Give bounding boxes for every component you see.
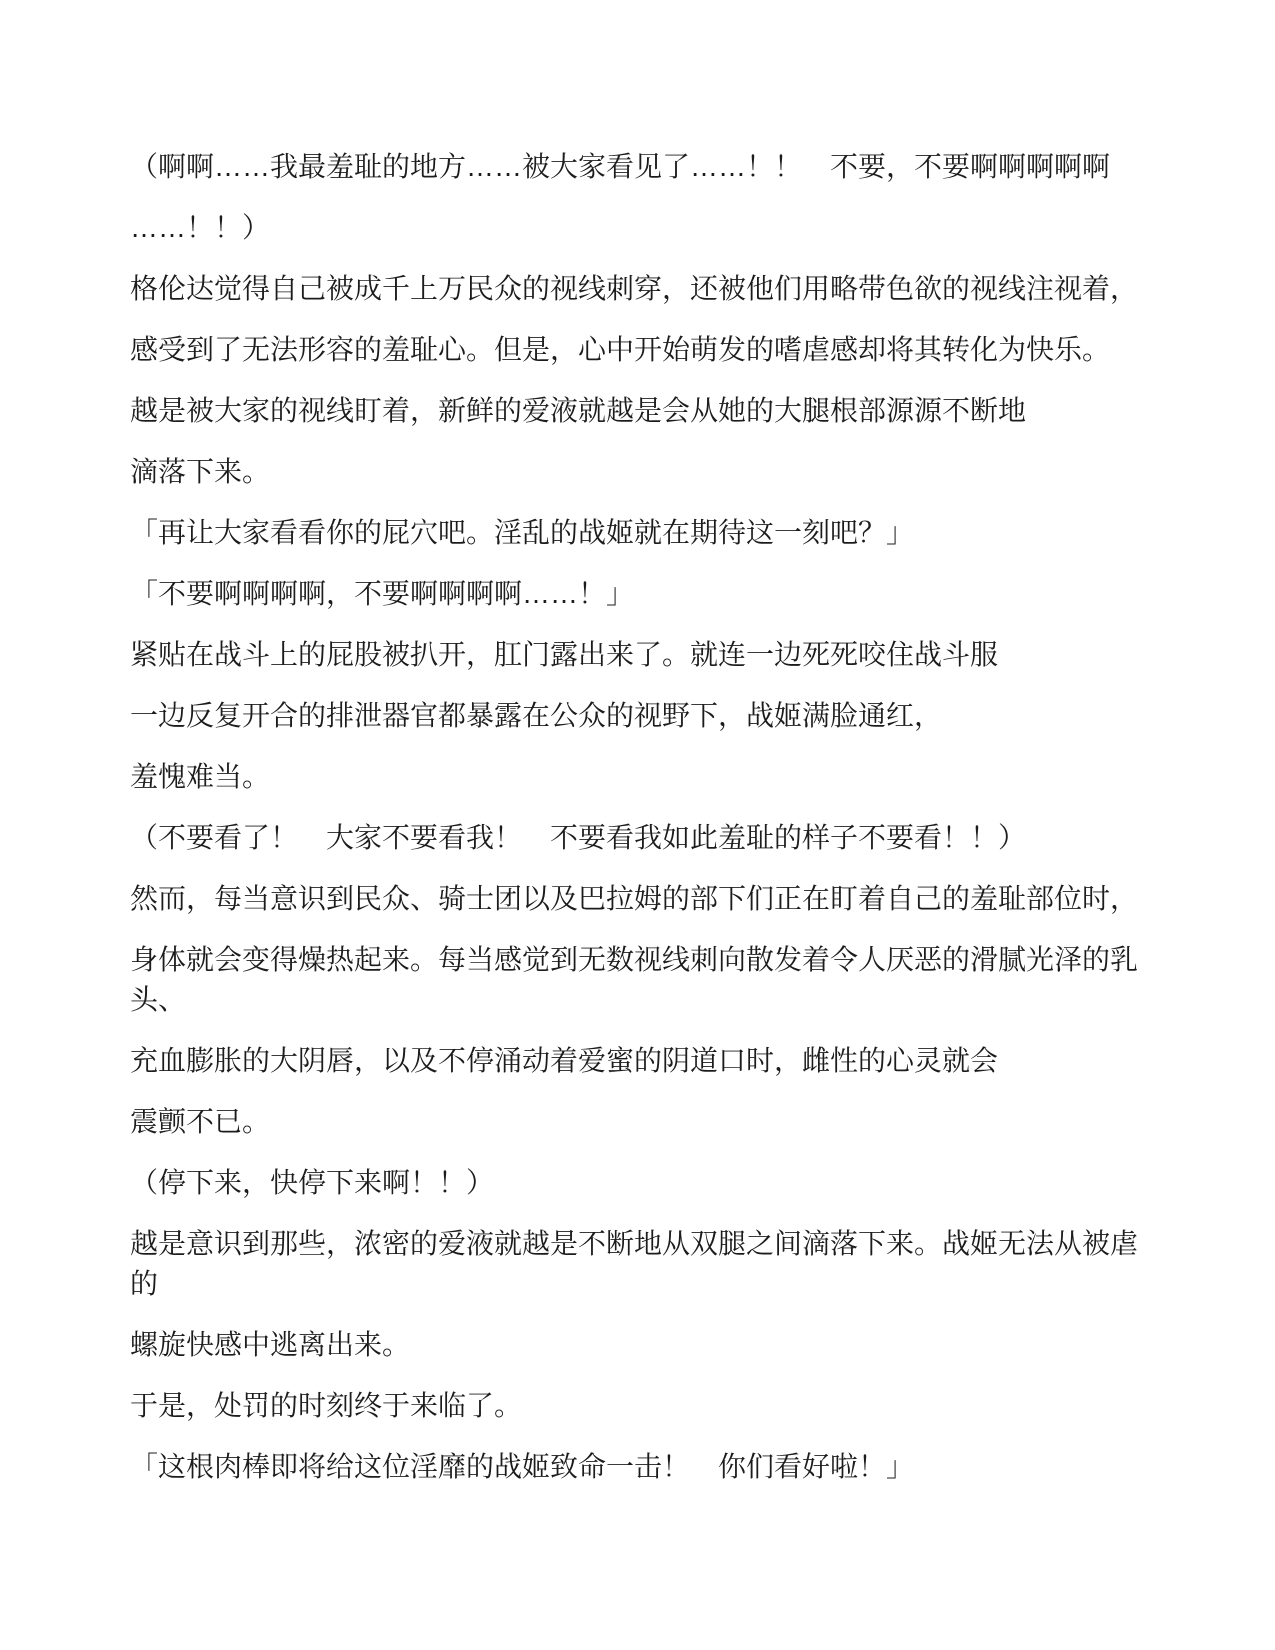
paragraph: 越是意识到那些，浓密的爱液就越是不断地从双腿之间滴落下来。战姬无法从被虐的 [130, 1224, 1150, 1304]
paragraph: （停下来，快停下来啊！！） [130, 1163, 1150, 1203]
paragraph: ……！！） [130, 208, 1150, 248]
paragraph: 一边反复开合的排泄器官都暴露在公众的视野下，战姬满脸通红， [130, 696, 1150, 736]
paragraph: 「再让大家看看你的屁穴吧。淫乱的战姬就在期待这一刻吧？」 [130, 513, 1150, 553]
paragraph: 「这根肉棒即将给这位淫靡的战姬致命一击！ 你们看好啦！」 [130, 1447, 1150, 1487]
paragraph: 紧贴在战斗上的屁股被扒开，肛门露出来了。就连一边死死咬住战斗服 [130, 635, 1150, 675]
paragraph: 格伦达觉得自己被成千上万民众的视线刺穿，还被他们用略带色欲的视线注视着， [130, 269, 1150, 309]
paragraph: （不要看了！ 大家不要看我！ 不要看我如此羞耻的样子不要看！！） [130, 818, 1150, 858]
paragraph: 身体就会变得燥热起来。每当感觉到无数视线刺向散发着令人厌恶的滑腻光泽的乳头、 [130, 940, 1150, 1020]
paragraph: 越是被大家的视线盯着，新鲜的爱液就越是会从她的大腿根部源源不断地 [130, 391, 1150, 431]
paragraph: 感受到了无法形容的羞耻心。但是，心中开始萌发的嗜虐感却将其转化为快乐。 [130, 330, 1150, 370]
paragraph: 震颤不已。 [130, 1102, 1150, 1142]
document-page: { "page": { "colors": { "background": "#… [0, 0, 1275, 1650]
paragraph: 充血膨胀的大阴唇，以及不停涌动着爱蜜的阴道口时，雌性的心灵就会 [130, 1041, 1150, 1081]
text-block: （啊啊……我最羞耻的地方……被大家看见了……！！ 不要，不要啊啊啊啊啊……！！）… [130, 147, 1150, 1487]
paragraph: 然而，每当意识到民众、骑士团以及巴拉姆的部下们正在盯着自己的羞耻部位时， [130, 879, 1150, 919]
paragraph: 「不要啊啊啊啊，不要啊啊啊啊……！」 [130, 574, 1150, 614]
paragraph: 羞愧难当。 [130, 757, 1150, 797]
paragraph: 滴落下来。 [130, 452, 1150, 492]
page: （啊啊……我最羞耻的地方……被大家看见了……！！ 不要，不要啊啊啊啊啊……！！）… [0, 0, 1275, 1650]
paragraph: （啊啊……我最羞耻的地方……被大家看见了……！！ 不要，不要啊啊啊啊啊 [130, 147, 1150, 187]
paragraph: 于是，处罚的时刻终于来临了。 [130, 1386, 1150, 1426]
paragraph: 螺旋快感中逃离出来。 [130, 1325, 1150, 1365]
